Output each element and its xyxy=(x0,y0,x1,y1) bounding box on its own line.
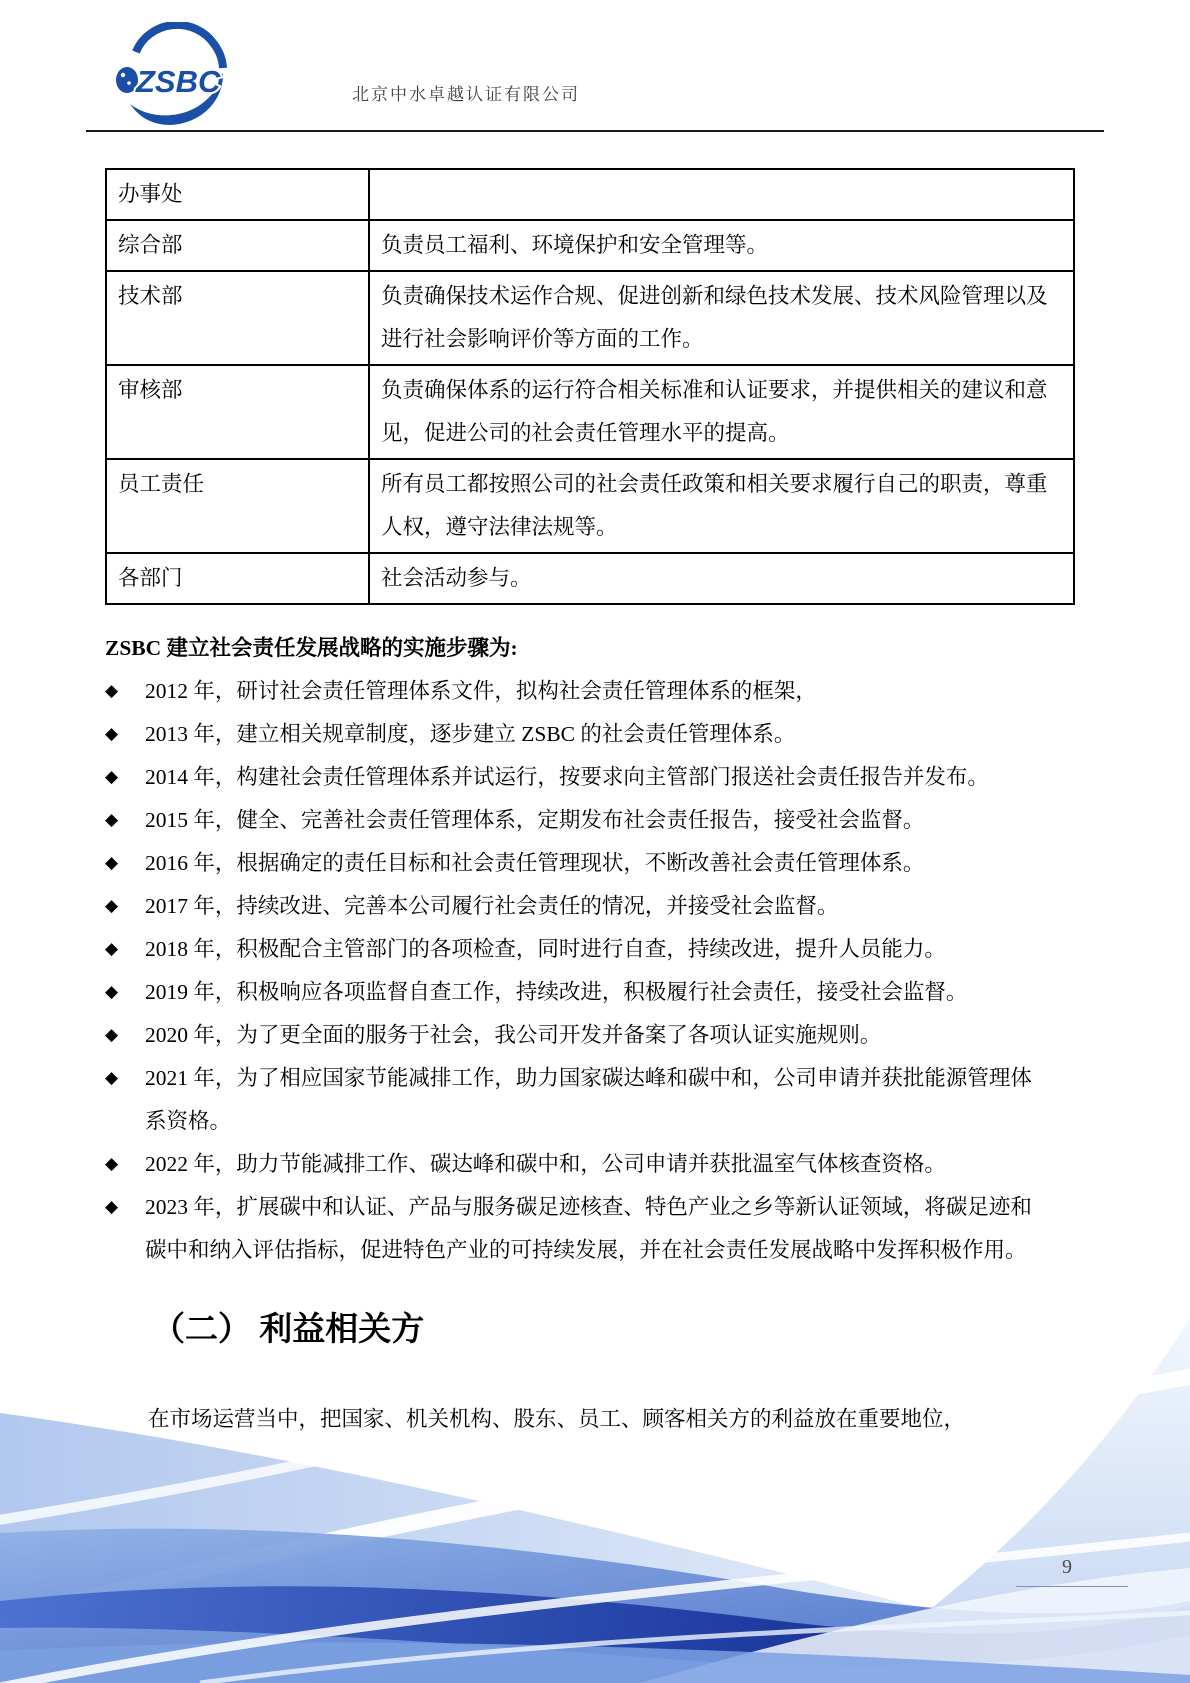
list-item: ◆ 2018 年，积极配合主管部门的各项检查，同时进行自查，持续改进，提升人员能… xyxy=(105,928,1085,971)
table-row: 办事处 xyxy=(106,169,1074,220)
list-item: ◆ 2017 年，持续改进、完善本公司履行社会责任的情况，并接受社会监督。 xyxy=(105,885,1085,928)
list-item: ◆ 2013 年，建立相关规章制度，逐步建立 ZSBC 的社会责任管理体系。 xyxy=(105,713,1085,756)
body-paragraph: 在市场运营当中，把国家、机关机构、股东、员工、顾客相关方的利益放在重要地位， xyxy=(105,1398,1065,1441)
row-label: 各部门 xyxy=(106,553,369,604)
table-row: 各部门 社会活动参与。 xyxy=(106,553,1074,604)
strategy-heading: ZSBC 建立社会责任发展战略的实施步骤为: xyxy=(105,627,1085,670)
table-row: 综合部 负责员工福利、环境保护和安全管理等。 xyxy=(106,220,1074,271)
row-label: 员工责任 xyxy=(106,459,369,553)
list-item: ◆ 2016 年，根据确定的责任目标和社会责任管理现状，不断改善社会责任管理体系… xyxy=(105,842,1085,885)
company-logo: ZSBC xyxy=(110,22,244,128)
row-desc xyxy=(369,169,1074,220)
item-text: 2017 年，持续改进、完善本公司履行社会责任的情况，并接受社会监督。 xyxy=(145,885,838,928)
item-text: 2020 年，为了更全面的服务于社会，我公司开发并备案了各项认证实施规则。 xyxy=(145,1014,881,1057)
item-text: 2014 年，构建社会责任管理体系并试运行，按要求向主管部门报送社会责任报告并发… xyxy=(145,756,989,799)
diamond-bullet-icon: ◆ xyxy=(105,928,145,971)
table-row: 员工责任 所有员工都按照公司的社会责任政策和相关要求履行自己的职责，尊重人权，遵… xyxy=(106,459,1074,553)
diamond-bullet-icon: ◆ xyxy=(105,842,145,885)
diamond-bullet-icon: ◆ xyxy=(105,799,145,842)
table-row: 技术部 负责确保技术运作合规、促进创新和绿色技术发展、技术风险管理以及进行社会影… xyxy=(106,271,1074,365)
diamond-bullet-icon: ◆ xyxy=(105,756,145,799)
item-text: 2018 年，积极配合主管部门的各项检查，同时进行自查，持续改进，提升人员能力。 xyxy=(145,928,946,971)
content-area: 办事处 综合部 负责员工福利、环境保护和安全管理等。 技术部 负责确保技术运作合… xyxy=(105,168,1085,1441)
diamond-bullet-icon: ◆ xyxy=(105,885,145,928)
item-text: 2019 年，积极响应各项监督自查工作，持续改进，积极履行社会责任，接受社会监督… xyxy=(145,971,967,1014)
row-label: 综合部 xyxy=(106,220,369,271)
row-desc: 负责员工福利、环境保护和安全管理等。 xyxy=(369,220,1074,271)
list-item: ◆ 2014 年，构建社会责任管理体系并试运行，按要求向主管部门报送社会责任报告… xyxy=(105,756,1085,799)
item-text: 2012 年，研讨社会责任管理体系文件，拟构社会责任管理体系的框架， xyxy=(145,670,817,713)
row-desc: 负责确保体系的运行符合相关标准和认证要求，并提供相关的建议和意见，促进公司的社会… xyxy=(369,365,1074,459)
item-text: 2021 年，为了相应国家节能减排工作，助力国家碳达峰和碳中和，公司申请并获批能… xyxy=(145,1057,1050,1143)
org-table: 办事处 综合部 负责员工福利、环境保护和安全管理等。 技术部 负责确保技术运作合… xyxy=(105,168,1075,605)
row-label: 审核部 xyxy=(106,365,369,459)
page-number-rule xyxy=(1016,1586,1128,1587)
page-number: 9 xyxy=(1062,1556,1072,1579)
item-text: 2023 年，扩展碳中和认证、产品与服务碳足迹核查、特色产业之乡等新认证领域，将… xyxy=(145,1186,1050,1272)
list-item: ◆ 2019 年，积极响应各项监督自查工作，持续改进，积极履行社会责任，接受社会… xyxy=(105,971,1085,1014)
logo-text: ZSBC xyxy=(135,64,221,99)
diamond-bullet-icon: ◆ xyxy=(105,713,145,756)
row-desc: 所有员工都按照公司的社会责任政策和相关要求履行自己的职责，尊重人权，遵守法律法规… xyxy=(369,459,1074,553)
item-text: 2015 年，健全、完善社会责任管理体系，定期发布社会责任报告，接受社会监督。 xyxy=(145,799,924,842)
row-desc: 社会活动参与。 xyxy=(369,553,1074,604)
diamond-bullet-icon: ◆ xyxy=(105,670,145,713)
list-item: ◆ 2023 年，扩展碳中和认证、产品与服务碳足迹核查、特色产业之乡等新认证领域… xyxy=(105,1186,1085,1272)
diamond-bullet-icon: ◆ xyxy=(105,1014,145,1057)
diamond-bullet-icon: ◆ xyxy=(105,1143,145,1186)
list-item: ◆ 2020 年，为了更全面的服务于社会，我公司开发并备案了各项认证实施规则。 xyxy=(105,1014,1085,1057)
item-text: 2022 年，助力节能减排工作、碳达峰和碳中和，公司申请并获批温室气体核查资格。 xyxy=(145,1143,946,1186)
table-row: 审核部 负责确保体系的运行符合相关标准和认证要求，并提供相关的建议和意见，促进公… xyxy=(106,365,1074,459)
row-label: 技术部 xyxy=(106,271,369,365)
row-desc: 负责确保技术运作合规、促进创新和绿色技术发展、技术风险管理以及进行社会影响评价等… xyxy=(369,271,1074,365)
diamond-bullet-icon: ◆ xyxy=(105,971,145,1014)
list-item: ◆ 2022 年，助力节能减排工作、碳达峰和碳中和，公司申请并获批温室气体核查资… xyxy=(105,1143,1085,1186)
company-name: 北京中水卓越认证有限公司 xyxy=(352,80,580,105)
row-label: 办事处 xyxy=(106,169,369,220)
list-item: ◆ 2015 年，健全、完善社会责任管理体系，定期发布社会责任报告，接受社会监督… xyxy=(105,799,1085,842)
diamond-bullet-icon: ◆ xyxy=(105,1186,145,1272)
strategy-list: ◆ 2012 年，研讨社会责任管理体系文件，拟构社会责任管理体系的框架， ◆ 2… xyxy=(105,670,1085,1272)
header-rule xyxy=(86,130,1104,132)
section-heading: （二） 利益相关方 xyxy=(152,1308,1085,1352)
item-text: 2013 年，建立相关规章制度，逐步建立 ZSBC 的社会责任管理体系。 xyxy=(145,713,795,756)
document-page: ZSBC 北京中水卓越认证有限公司 xyxy=(0,0,1190,1683)
item-text: 2016 年，根据确定的责任目标和社会责任管理现状，不断改善社会责任管理体系。 xyxy=(145,842,924,885)
list-item: ◆ 2012 年，研讨社会责任管理体系文件，拟构社会责任管理体系的框架， xyxy=(105,670,1085,713)
list-item: ◆ 2021 年，为了相应国家节能减排工作，助力国家碳达峰和碳中和，公司申请并获… xyxy=(105,1057,1085,1143)
diamond-bullet-icon: ◆ xyxy=(105,1057,145,1143)
